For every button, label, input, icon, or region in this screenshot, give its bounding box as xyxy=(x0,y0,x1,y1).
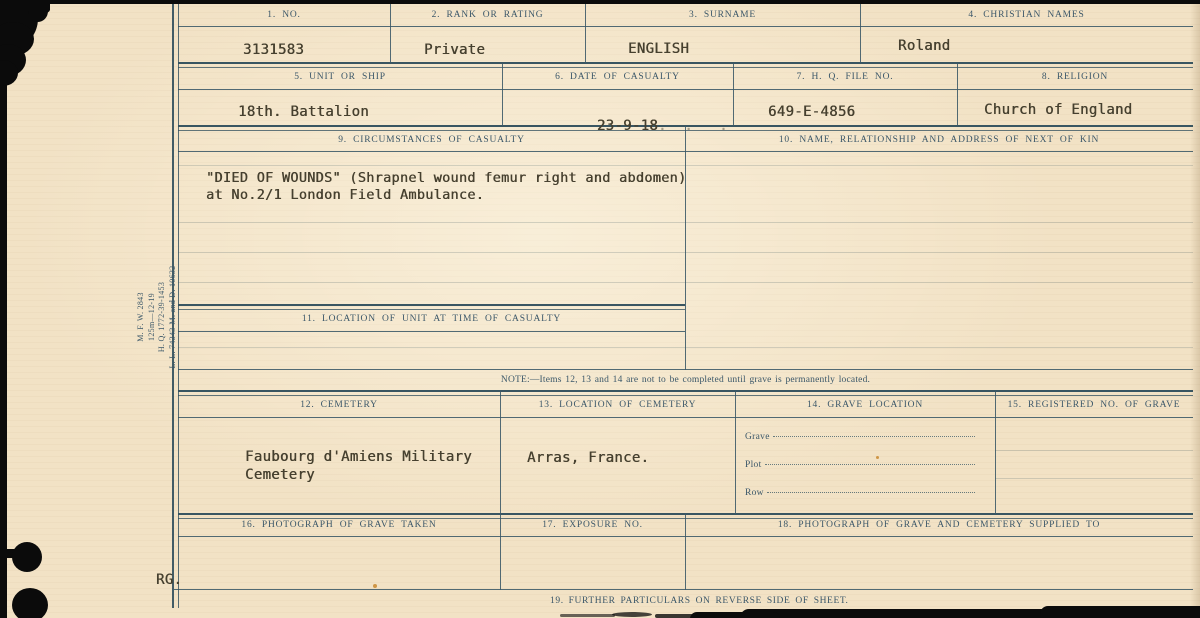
value-service-number: 3131583 xyxy=(243,42,304,58)
field-label-hq-file-no: 7. H. Q. FILE NO. xyxy=(733,68,957,86)
value-hq-file-no: 649-E-4856 xyxy=(768,104,855,120)
rule-bottom-of-form xyxy=(174,589,1193,590)
value-religion: Church of England xyxy=(984,102,1132,118)
note-items-12-13-14: NOTE:—Items 12, 13 and 14 are not to be … xyxy=(178,372,1193,388)
paper-fleck-1 xyxy=(373,584,377,588)
value-circumstances-line2: at No.2/1 London Field Ambulance. xyxy=(206,187,484,203)
scan-smudge-2 xyxy=(612,612,652,617)
rule-under-header-11 xyxy=(178,331,685,332)
imprint-line-4: L. L. 74343-M. and D. 10632 xyxy=(168,255,179,379)
value-cemetery-line2: Cemetery xyxy=(245,467,315,483)
imprint-line-2: 125m—12-19 xyxy=(147,255,158,379)
field-label-unit: 5. UNIT OR SHIP xyxy=(178,68,502,86)
field-label-registered-no: 15. REGISTERED NO. OF GRAVE xyxy=(995,396,1193,414)
row-sublabel-row: Row xyxy=(745,488,975,498)
field-label-rank: 2. RANK OR RATING xyxy=(390,6,585,24)
printers-imprint: M. F. W. 2843 125m—12-19 H. Q. 1772-39-1… xyxy=(136,255,178,379)
grave-dotted-line xyxy=(773,435,975,437)
field-label-exposure-no: 17. EXPOSURE NO. xyxy=(500,516,685,534)
row-dotted-line xyxy=(767,491,975,493)
imprint-line-1: M. F. W. 2843 xyxy=(136,255,147,379)
value-location-of-cemetery: Arras, France. xyxy=(527,450,649,466)
divider-col9-col10 xyxy=(685,126,686,370)
ghost-rule-7 xyxy=(995,478,1193,479)
footer-further-particulars: 19. FURTHER PARTICULARS ON REVERSE SIDE … xyxy=(550,596,849,606)
value-cemetery-line1: Faubourg d'Amiens Military xyxy=(245,449,472,465)
imprint-line-3: H. Q. 1772-39-1453 xyxy=(157,255,168,379)
grave-label: Grave xyxy=(745,432,770,442)
rule-under-headers-5-8 xyxy=(178,89,1193,90)
scan-smudge-1 xyxy=(560,614,615,617)
scan-edge-bottom-thick xyxy=(1040,606,1200,618)
plot-dotted-line xyxy=(765,463,975,465)
date-text: 23-9-18 xyxy=(597,118,658,134)
right-edge-shading xyxy=(1190,4,1200,610)
value-unit: 18th. Battalion xyxy=(238,104,369,120)
value-christian-names: Roland xyxy=(898,38,950,54)
torn-corner-bump xyxy=(28,0,48,22)
field-label-date-of-casualty: 6. DATE OF CASUALTY xyxy=(502,68,733,86)
grave-sublabel-row: Grave xyxy=(745,432,975,442)
punch-hole xyxy=(12,542,42,572)
rule-under-headers-1-4 xyxy=(178,26,1193,27)
row-label: Row xyxy=(745,488,764,498)
field-label-next-of-kin: 10. NAME, RELATIONSHIP AND ADDRESS OF NE… xyxy=(685,131,1193,149)
ghost-rule-6 xyxy=(995,450,1193,451)
annotation-rg: RG. xyxy=(156,572,182,588)
scan-edge-bottom-lead xyxy=(655,614,715,618)
paper-fleck-2 xyxy=(876,456,879,459)
scan-edge-left xyxy=(0,4,7,618)
scan-edge-top xyxy=(0,0,1200,4)
field-label-location-of-cemetery: 13. LOCATION OF CEMETERY xyxy=(500,396,735,414)
field-label-religion: 8. RELIGION xyxy=(957,68,1193,86)
casualty-record-card: 1. NO. 2. RANK OR RATING 3. SURNAME 4. C… xyxy=(0,0,1200,618)
field-label-location-of-unit: 11. LOCATION OF UNIT AT TIME OF CASUALTY xyxy=(178,310,685,328)
plot-sublabel-row: Plot xyxy=(745,460,975,470)
value-rank: Private xyxy=(424,42,485,58)
value-date-of-casualty: 23-9-18. . . xyxy=(562,102,728,150)
field-label-photo-taken: 16. PHOTOGRAPH OF GRAVE TAKEN xyxy=(178,516,500,534)
value-circumstances-line1: "DIED OF WOUNDS" (Shrapnel wound femur r… xyxy=(206,170,686,186)
date-stray-marks: . . . xyxy=(658,118,728,134)
rule-under-headers-12-15 xyxy=(178,417,1193,418)
field-label-cemetery: 12. CEMETERY xyxy=(178,396,500,414)
plot-label: Plot xyxy=(745,460,762,470)
field-label-surname: 3. SURNAME xyxy=(585,6,860,24)
value-surname: ENGLISH xyxy=(628,41,689,57)
field-label-grave-location: 14. GRAVE LOCATION xyxy=(735,396,995,414)
field-label-no: 1. NO. xyxy=(178,6,390,24)
field-label-photo-supplied-to: 18. PHOTOGRAPH OF GRAVE AND CEMETERY SUP… xyxy=(685,516,1193,534)
bottom-left-blob xyxy=(12,588,48,618)
field-label-christian-names: 4. CHRISTIAN NAMES xyxy=(860,6,1193,24)
